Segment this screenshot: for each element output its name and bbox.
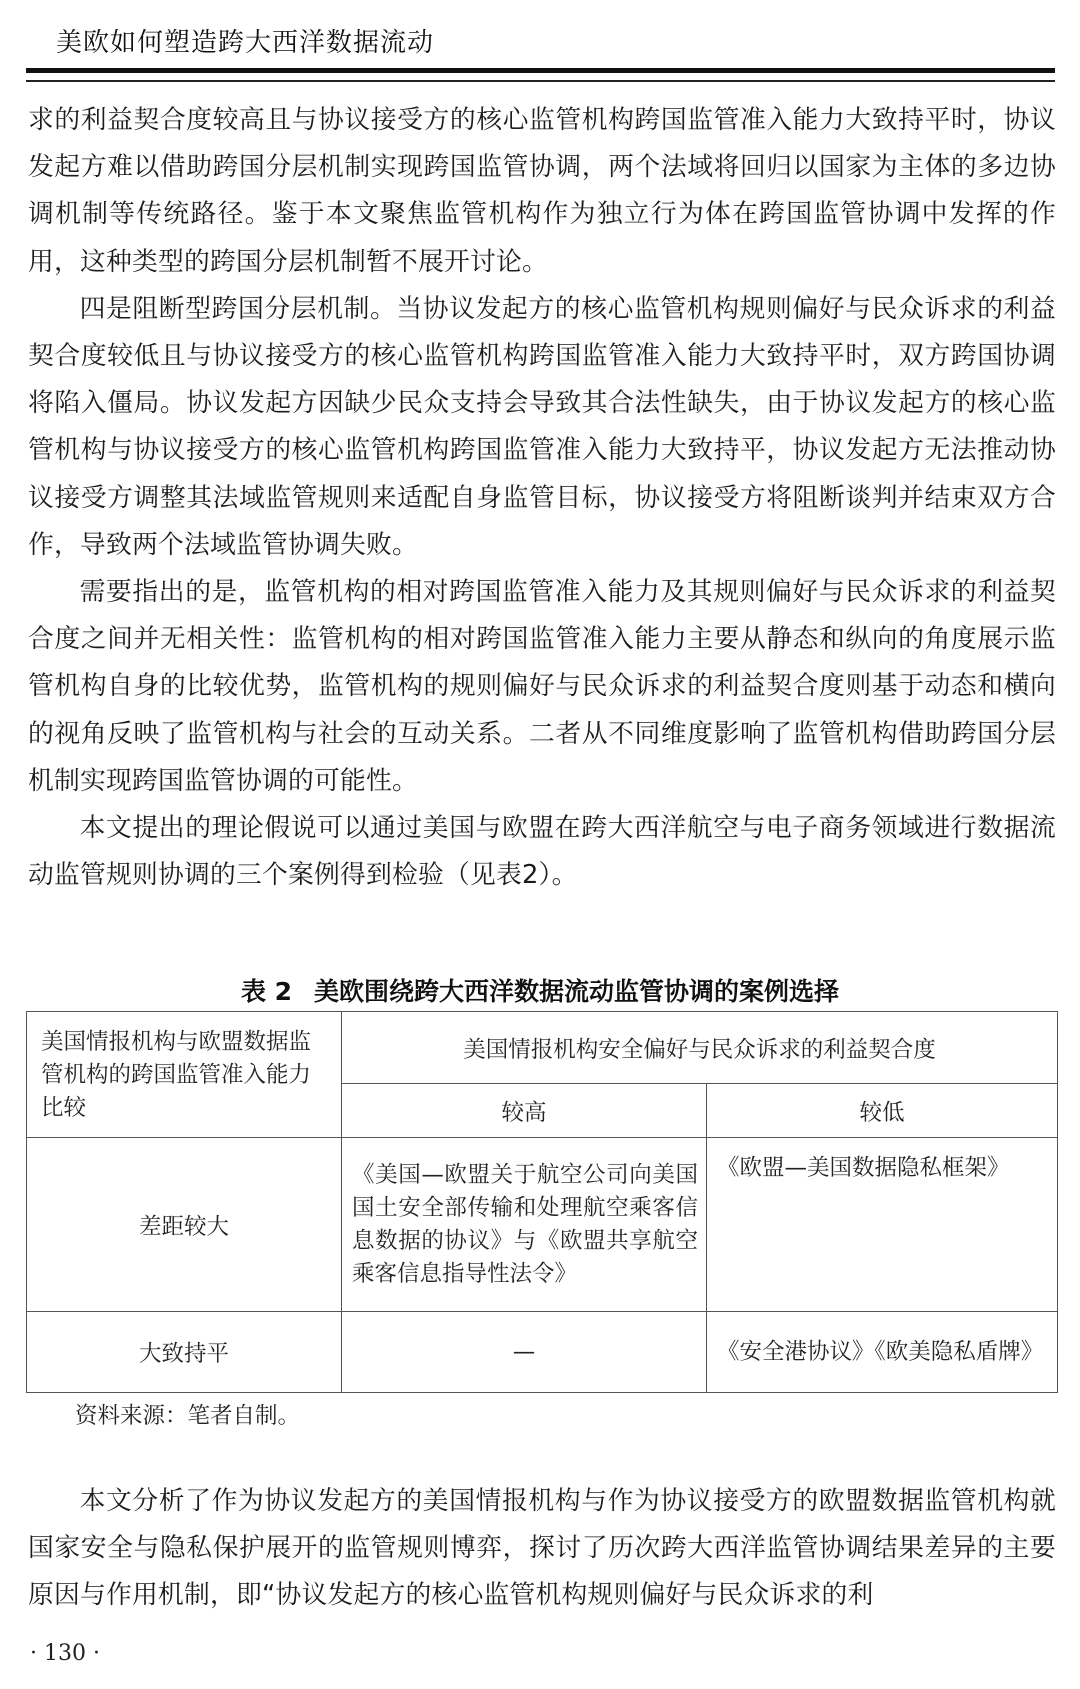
paragraph-blocking-mechanism: 四是阻断型跨国分层机制。当协议发起方的核心监管机构规则偏好与民众诉求的利益契合度…	[28, 286, 1056, 569]
table-row: 差距较大 《美国—欧盟关于航空公司向美国国土安全部传输和处理航空乘客信息数据的协…	[27, 1138, 1058, 1312]
table-title: 表 2美欧围绕跨大西洋数据流动监管协调的案例选择	[0, 972, 1080, 1008]
table-source-note: 资料来源：笔者自制。	[75, 1398, 300, 1430]
body-text-bottom: 本文分析了作为协议发起方的美国情报机构与作为协议接受方的欧盟数据监管机构就国家安…	[28, 1478, 1056, 1620]
row-header-label: 美国情报机构与欧盟数据监管机构的跨国监管准入能力比较	[27, 1012, 342, 1138]
table-cell: 《欧盟—美国数据隐私框架》	[707, 1138, 1058, 1312]
table-cell: 《安全港协议》《欧美隐私盾牌》	[707, 1312, 1058, 1393]
table-number: 表 2	[241, 977, 292, 1006]
table-header-row: 美国情报机构与欧盟数据监管机构的跨国监管准入能力比较 美国情报机构安全偏好与民众…	[27, 1012, 1058, 1084]
table-row: 大致持平 — 《安全港协议》《欧美隐私盾牌》	[27, 1312, 1058, 1393]
table-cell: 《美国—欧盟关于航空公司向美国国土安全部传输和处理航空乘客信息数据的协议》与《欧…	[342, 1138, 707, 1312]
body-text-top: 求的利益契合度较高且与协议接受方的核心监管机构跨国监管准入能力大致持平时，协议发…	[28, 97, 1056, 899]
paragraph-summary: 本文分析了作为协议发起方的美国情报机构与作为协议接受方的欧盟数据监管机构就国家安…	[28, 1478, 1056, 1620]
page-number: · 130 ·	[30, 1641, 100, 1666]
paragraph-hypothesis-test: 本文提出的理论假说可以通过美国与欧盟在跨大西洋航空与电子商务领域进行数据流动监管…	[28, 805, 1056, 899]
column-header-low: 较低	[707, 1084, 1058, 1138]
paragraph-continuation: 求的利益契合度较高且与协议接受方的核心监管机构跨国监管准入能力大致持平时，协议发…	[28, 97, 1056, 286]
table-caption: 美欧围绕跨大西洋数据流动监管协调的案例选择	[314, 977, 839, 1006]
row-label: 大致持平	[27, 1312, 342, 1393]
table-cell: —	[342, 1312, 707, 1393]
running-head: 美欧如何塑造跨大西洋数据流动	[56, 22, 434, 59]
column-header-high: 较高	[342, 1084, 707, 1138]
row-label: 差距较大	[27, 1138, 342, 1312]
header-rule-thin	[26, 80, 1055, 82]
paragraph-note-correlation: 需要指出的是，监管机构的相对跨国监管准入能力及其规则偏好与民众诉求的利益契合度之…	[28, 569, 1056, 805]
header-rule-thick	[26, 68, 1055, 73]
column-group-label: 美国情报机构安全偏好与民众诉求的利益契合度	[342, 1012, 1058, 1084]
case-selection-table: 美国情报机构与欧盟数据监管机构的跨国监管准入能力比较 美国情报机构安全偏好与民众…	[26, 1011, 1058, 1393]
